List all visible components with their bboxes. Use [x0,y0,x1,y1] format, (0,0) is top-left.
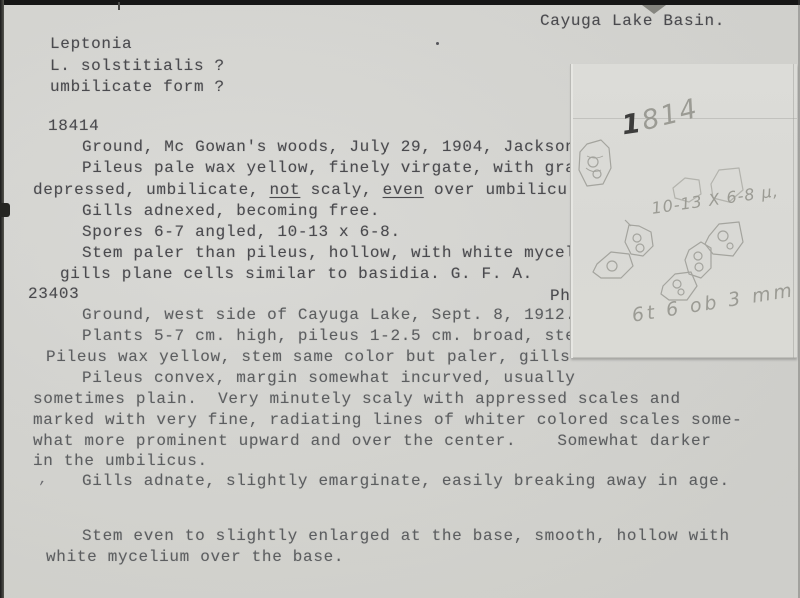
record2-pileus-color-line: Pileus wax yellow, stem same color but p… [46,348,570,366]
scanned-note-card: , Cayuga Lake Basin. Leptonia L. solstit… [0,0,800,598]
record1-depressed-line: depressed, umbilicate, not scaly, even o… [33,181,568,199]
record1-gills-line: Gills adnexed, becoming free. [82,202,380,220]
record1-gills-cells-line: gills plane cells similar to basidia. G.… [60,265,533,283]
overlay-sketch-card: 1814 10-13 X 6-8 µ, 6t 6 ob 3 mm [571,64,797,358]
underlined-even: even [383,181,424,199]
record2-sometimes-line: sometimes plain. Very minutely scaly wit… [33,390,681,408]
depressed-mid: scaly, [300,181,382,199]
genus-line: Leptonia [50,35,132,53]
spore-outline-d [625,220,653,256]
region-label: Cayuga Lake Basin. [540,12,725,30]
spore-outline-a [579,140,611,186]
depressed-post: over umbilicu [424,181,568,199]
record2-mycelium-line: white mycelium over the base. [46,548,344,566]
record2-stem-even-line: Stem even to slightly enlarged at the ba… [82,527,730,545]
record2-partial-right: Ph [550,287,571,305]
record2-umbilicus-line: in the umbilicus. [33,452,208,470]
stray-dot [436,42,439,45]
form-line: umbilicate form ? [50,78,225,96]
record2-ground-line: Ground, west side of Cayuga Lake, Sept. … [82,306,576,324]
scan-edge-top [0,0,800,5]
record2-plants-line: Plants 5-7 cm. high, pileus 1-2.5 cm. br… [82,327,586,345]
spore-outline-e [593,252,633,278]
scan-edge-notch [0,203,10,217]
record2-gills-adnate-line: Gills adnate, slightly emarginate, easil… [82,472,730,490]
depressed-pre: depressed, umbilicate, [33,181,269,199]
species-line: L. solstitialis ? [50,57,225,75]
record1-number: 18414 [48,117,99,135]
stray-pen-mark: , [38,471,49,488]
underlined-not: not [269,181,300,199]
record1-spores-line: Spores 6-7 angled, 10-13 x 6-8. [82,223,401,241]
record1-stem-line: Stem paler than pileus, hollow, with whi… [82,244,586,262]
handwritten-number-dark-stroke: 1 [620,108,645,142]
record1-pileus-line: Pileus pale wax yellow, finely virgate, … [82,159,586,177]
scan-edge-left [0,0,4,598]
record2-number: 23403 [28,285,79,303]
record2-what-line: what more prominent upward and over the … [33,432,712,450]
scan-tick-mark [118,2,120,10]
record1-ground-line: Ground, Mc Gowan's woods, July 29, 1904,… [82,138,586,156]
record2-marked-line: marked with very fine, radiating lines o… [33,411,742,429]
record2-pileus-convex-line: Pileus convex, margin somewhat incurved,… [82,369,576,387]
